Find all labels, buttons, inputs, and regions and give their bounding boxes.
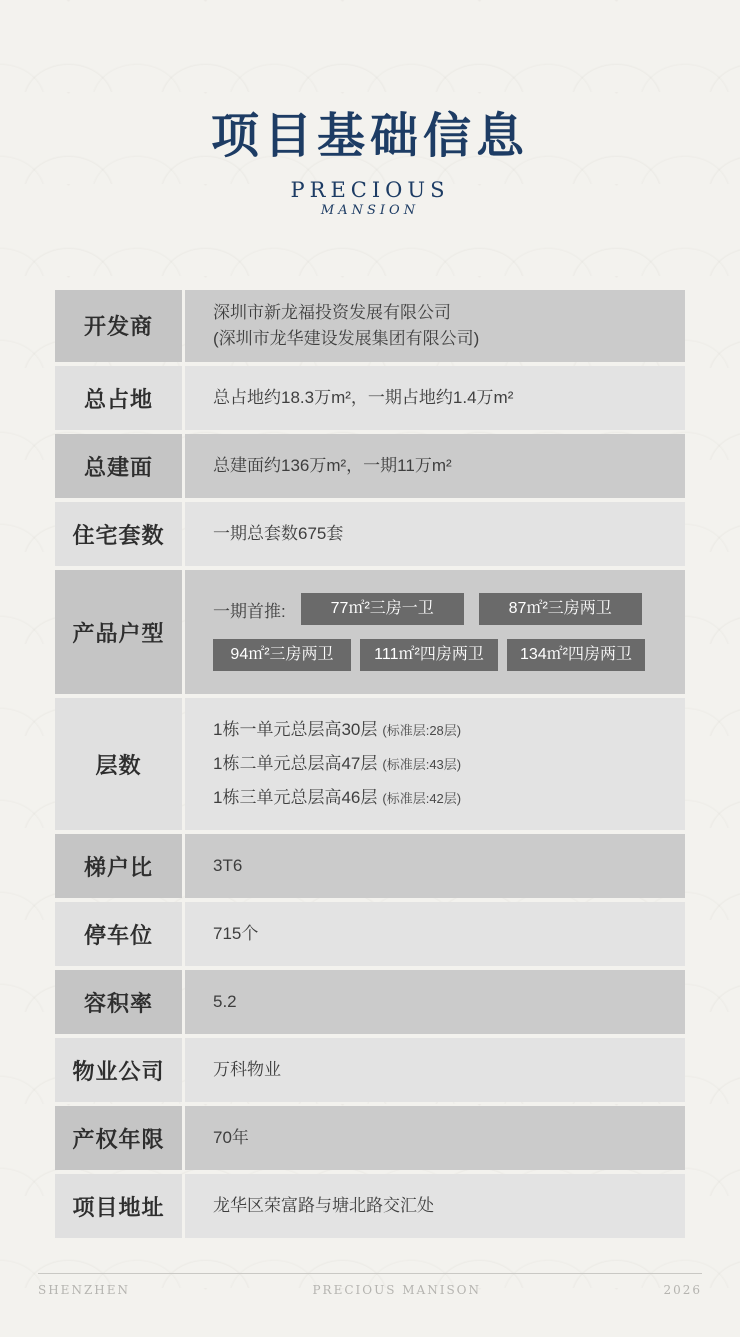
footer-year: 2026: [663, 1283, 702, 1297]
page-header: 项目基础信息 PRECIOUS MANSION: [0, 0, 740, 218]
floor-text: 1栋一单元总层高30层: [213, 720, 377, 739]
floor-text: 1栋二单元总层高47层: [213, 754, 377, 773]
value-line: 715个: [213, 921, 673, 947]
row-value: 715个: [185, 902, 685, 966]
value-line: (深圳市龙华建设发展集团有限公司): [213, 326, 673, 352]
row-label: 容积率: [55, 970, 182, 1034]
subtitle-precious: PRECIOUS: [0, 178, 740, 202]
value-line: 龙华区荣富路与塘北路交汇处: [213, 1193, 673, 1219]
value-line: 总占地约18.3万m²，一期占地约1.4万m²: [213, 385, 673, 411]
row-value: 5.2: [185, 970, 685, 1034]
floor-line: 1栋一单元总层高30层(标准层:28层): [213, 717, 673, 743]
value-line: 3T6: [213, 853, 673, 879]
row-value: 总建面约136万m²，一期11万m²: [185, 434, 685, 498]
row-value: 万科物业: [185, 1038, 685, 1102]
row-label: 停车位: [55, 902, 182, 966]
row-label: 住宅套数: [55, 502, 182, 566]
row-label: 项目地址: [55, 1174, 182, 1238]
page-footer: SHENZHEN PRECIOUS MANISON 2026: [38, 1273, 702, 1297]
row-label: 产品户型: [55, 570, 182, 694]
value-line: 万科物业: [213, 1057, 673, 1083]
row-value: 70年: [185, 1106, 685, 1170]
floor-text: 1栋三单元总层高46层: [213, 788, 377, 807]
row-label: 产权年限: [55, 1106, 182, 1170]
value-line: 深圳市新龙福投资发展有限公司: [213, 300, 673, 326]
row-value: 一期首推:77㎡²三房一卫87㎡²三房两卫94㎡²三房两卫111㎡²四房两卫13…: [185, 570, 685, 694]
floor-note: (标准层:28层): [382, 723, 461, 738]
value-line: 总建面约136万m²，一期11万m²: [213, 453, 673, 479]
row-label: 总占地: [55, 366, 182, 430]
value-line: 一期总套数675套: [213, 521, 673, 547]
row-value: 龙华区荣富路与塘北路交汇处: [185, 1174, 685, 1238]
floor-note: (标准层:43层): [382, 757, 461, 772]
unit-type-tag: 77㎡²三房一卫: [301, 593, 464, 625]
row-label: 开发商: [55, 290, 182, 363]
unit-type-tag: 111㎡²四房两卫: [360, 639, 498, 671]
row-label: 总建面: [55, 434, 182, 498]
footer-project: PRECIOUS MANISON: [312, 1283, 481, 1297]
unit-type-tag: 134㎡²四房两卫: [507, 639, 645, 671]
value-line: 70年: [213, 1125, 673, 1151]
unit-type-line-1: 一期首推:77㎡²三房一卫87㎡²三房两卫: [213, 593, 673, 625]
unit-type-line-2: 94㎡²三房两卫111㎡²四房两卫134㎡²四房两卫: [213, 639, 673, 671]
row-value: 1栋一单元总层高30层(标准层:28层)1栋二单元总层高47层(标准层:43层)…: [185, 698, 685, 830]
subtitle-mansion: MANSION: [0, 203, 740, 218]
info-table: 开发商深圳市新龙福投资发展有限公司(深圳市龙华建设发展集团有限公司)总占地总占地…: [55, 290, 685, 1239]
floor-line: 1栋三单元总层高46层(标准层:42层): [213, 785, 673, 811]
row-label: 物业公司: [55, 1038, 182, 1102]
row-label: 层数: [55, 698, 182, 830]
page-title: 项目基础信息: [0, 108, 740, 166]
row-value: 深圳市新龙福投资发展有限公司(深圳市龙华建设发展集团有限公司): [185, 290, 685, 363]
row-value: 一期总套数675套: [185, 502, 685, 566]
row-value: 总占地约18.3万m²，一期占地约1.4万m²: [185, 366, 685, 430]
unit-type-tag: 94㎡²三房两卫: [213, 639, 351, 671]
floor-note: (标准层:42层): [382, 791, 461, 806]
unit-type-intro: 一期首推:: [213, 597, 286, 622]
row-value: 3T6: [185, 834, 685, 898]
footer-city: SHENZHEN: [38, 1283, 130, 1297]
value-line: 5.2: [213, 989, 673, 1015]
row-label: 梯户比: [55, 834, 182, 898]
unit-type-tag: 87㎡²三房两卫: [479, 593, 642, 625]
floor-line: 1栋二单元总层高47层(标准层:43层): [213, 751, 673, 777]
